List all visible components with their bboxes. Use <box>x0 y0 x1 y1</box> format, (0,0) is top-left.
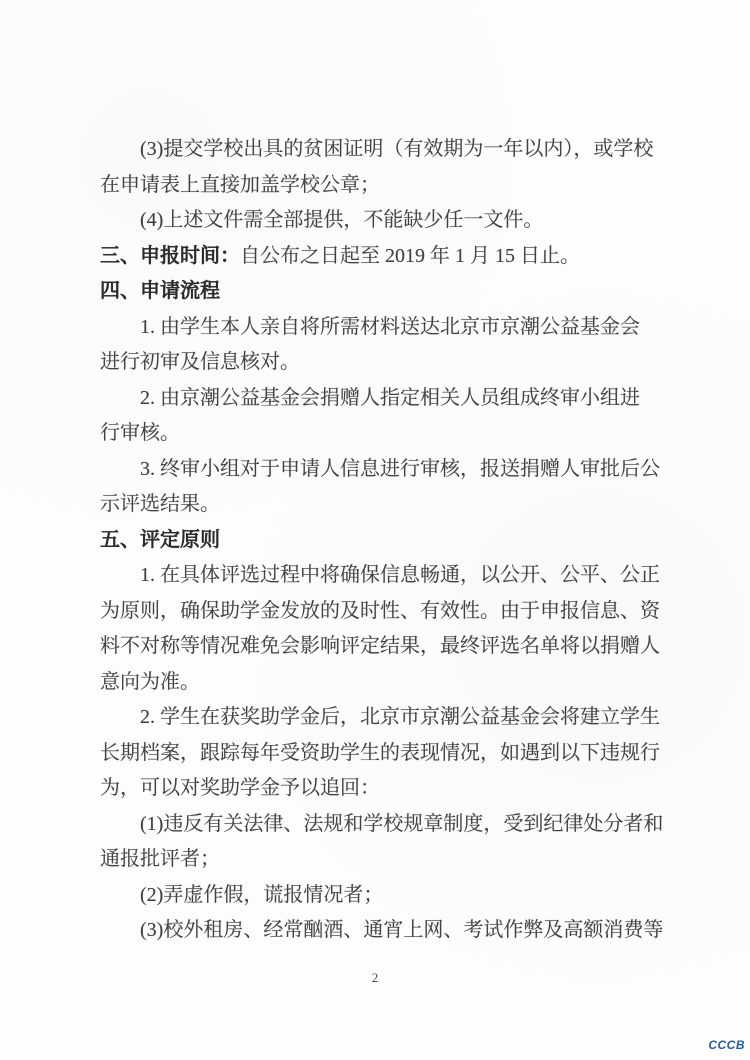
text-line: (1)违反有关法律、法规和学校规章制度，受到纪律处分者和 <box>100 807 666 843</box>
text-line: 示评选结果。 <box>100 487 666 523</box>
text-line: 为原则，确保助学金发放的及时性、有效性。由于申报信息、资 <box>100 594 666 630</box>
document-body: (3)提交学校出具的贫困证明（有效期为一年以内），或学校在申请表上直接加盖学校公… <box>100 132 666 949</box>
text-line: 在申请表上直接加盖学校公章； <box>100 168 666 204</box>
text-line: 进行初审及信息核对。 <box>100 345 666 381</box>
text-line: (3)校外租房、经常酗酒、通宵上网、考试作弊及高额消费等 <box>100 913 666 949</box>
text-line: 3. 终审小组对于申请人信息进行审核，报送捐赠人审批后公 <box>100 452 666 488</box>
section-heading: 四、申请流程 <box>100 274 666 310</box>
text-line: 为，可以对奖助学金予以追回： <box>100 771 666 807</box>
cccb-logo: CCCB <box>708 1038 745 1052</box>
page-number: 2 <box>0 970 750 986</box>
text-line: (2)弄虚作假，谎报情况者； <box>100 878 666 914</box>
text-line: 2. 学生在获奖助学金后，北京市京潮公益基金会将建立学生 <box>100 700 666 736</box>
text-line: (3)提交学校出具的贫困证明（有效期为一年以内），或学校 <box>100 132 666 168</box>
text-line: 1. 在具体评选过程中将确保信息畅通，以公开、公平、公正 <box>100 558 666 594</box>
text-line: 料不对称等情况难免会影响评定结果，最终评选名单将以捐赠人 <box>100 629 666 665</box>
text-line: (4)上述文件需全部提供，不能缺少任一文件。 <box>100 203 666 239</box>
text-line: 1. 由学生本人亲自将所需材料送达北京市京潮公益基金会 <box>100 310 666 346</box>
text-run: 自公布之日起至 2019 年 1 月 15 日止。 <box>240 245 580 267</box>
scanned-document-page: (3)提交学校出具的贫困证明（有效期为一年以内），或学校在申请表上直接加盖学校公… <box>0 0 750 1060</box>
text-line: 长期档案，跟踪每年受资助学生的表现情况，如遇到以下违规行 <box>100 736 666 772</box>
text-line: 2. 由京潮公益基金会捐赠人指定相关人员组成终审小组进 <box>100 381 666 417</box>
text-line: 三、申报时间：自公布之日起至 2019 年 1 月 15 日止。 <box>100 239 666 275</box>
text-line: 意向为准。 <box>100 665 666 701</box>
text-line: 通报批评者； <box>100 842 666 878</box>
section-heading-inline: 三、申报时间： <box>100 245 240 267</box>
section-heading: 五、评定原则 <box>100 523 666 559</box>
text-line: 行审核。 <box>100 416 666 452</box>
